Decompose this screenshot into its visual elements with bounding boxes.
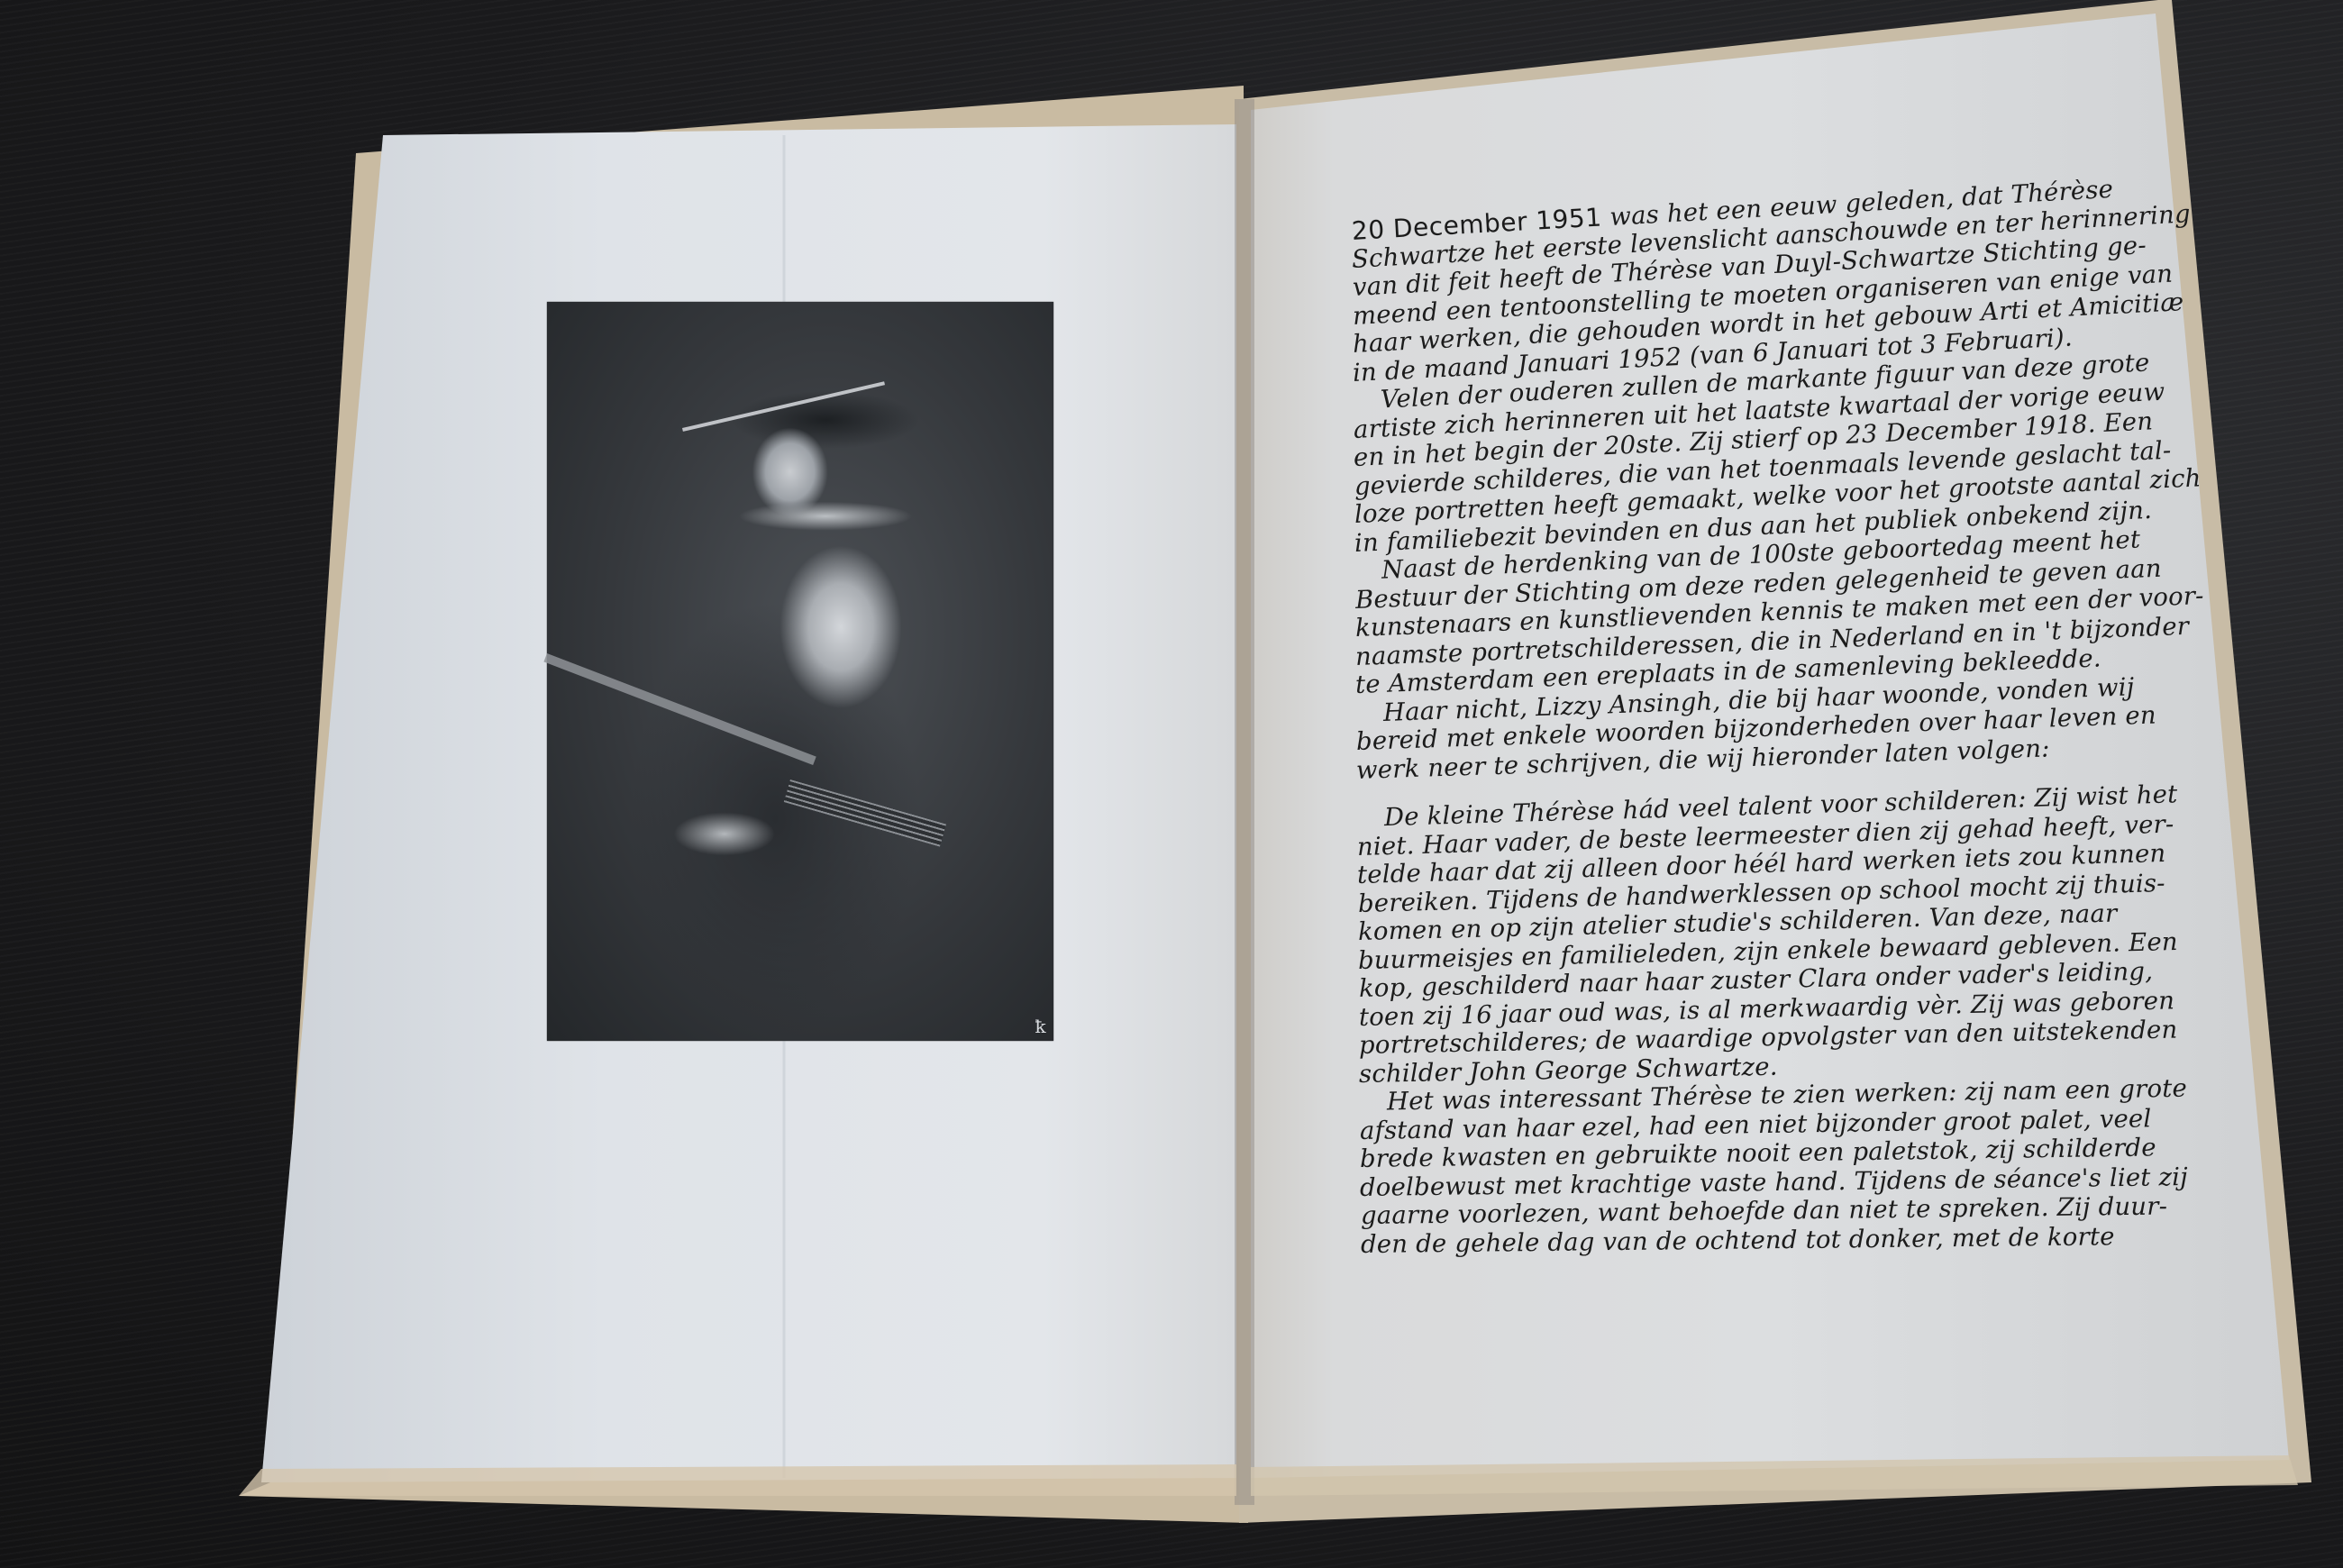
portrait-illustration: ꝁ xyxy=(547,302,1053,1041)
artist-monogram: ꝁ xyxy=(1035,1017,1047,1035)
brushes-bundle-detail xyxy=(784,779,946,847)
paintbrush-detail xyxy=(682,381,885,432)
gutter-shadow xyxy=(1235,99,1254,1505)
bottom-edge-left xyxy=(239,1464,1236,1496)
palette-detail xyxy=(543,653,816,765)
bottom-edge-right xyxy=(1251,1455,2298,1496)
